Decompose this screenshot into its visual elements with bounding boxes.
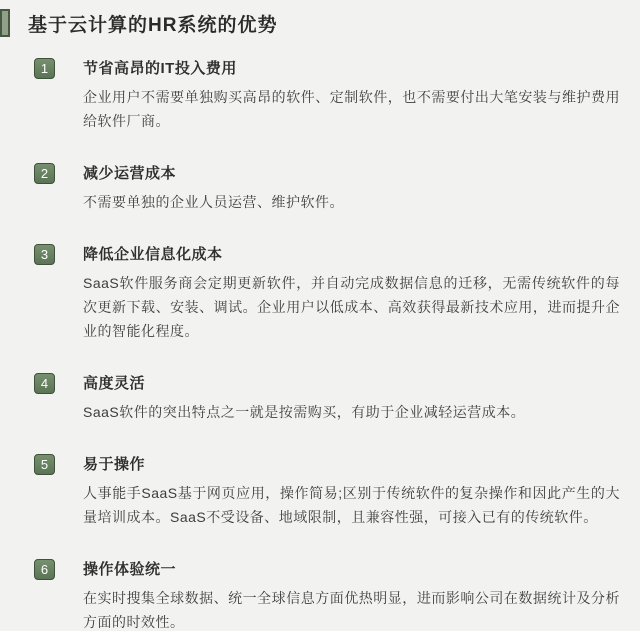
advantage-item-5: 5 易于操作 人事能手SaaS基于网页应用，操作简易;区别于传统软件的复杂操作和…: [0, 454, 640, 529]
item-number: 3: [41, 247, 48, 262]
advantage-item-6: 6 操作体验统一 在实时搜集全球数据、统一全球信息方面优热明显，进而影响公司在数…: [0, 559, 640, 631]
item-number-badge: 3: [34, 244, 55, 265]
item-content: 操作体验统一 在实时搜集全球数据、统一全球信息方面优热明显，进而影响公司在数据统…: [83, 559, 620, 631]
item-content: 易于操作 人事能手SaaS基于网页应用，操作简易;区别于传统软件的复杂操作和因此…: [83, 454, 620, 529]
item-content: 高度灵活 SaaS软件的突出特点之一就是按需购买，有助于企业减轻运营成本。: [83, 373, 620, 424]
title-row: 基于云计算的HR系统的优势: [0, 0, 640, 37]
item-heading: 节省高昂的IT投入费用: [83, 58, 620, 79]
item-number-badge: 1: [34, 58, 55, 79]
item-body: 在实时搜集全球数据、统一全球信息方面优热明显，进而影响公司在数据统计及分析方面的…: [83, 586, 620, 631]
item-number-badge: 6: [34, 559, 55, 580]
item-heading: 易于操作: [83, 454, 620, 475]
item-number: 4: [41, 376, 48, 391]
item-body: 不需要单独的企业人员运营、维护软件。: [83, 190, 620, 214]
item-number-badge: 5: [34, 454, 55, 475]
advantage-item-2: 2 减少运营成本 不需要单独的企业人员运营、维护软件。: [0, 163, 640, 214]
item-number: 5: [41, 457, 48, 472]
advantage-item-3: 3 降低企业信息化成本 SaaS软件服务商会定期更新软件，并自动完成数据信息的迁…: [0, 244, 640, 343]
document-page: 基于云计算的HR系统的优势 1 节省高昂的IT投入费用 企业用户不需要单独购买高…: [0, 0, 640, 631]
item-heading: 操作体验统一: [83, 559, 620, 580]
advantage-item-1: 1 节省高昂的IT投入费用 企业用户不需要单独购买高昂的软件、定制软件，也不需要…: [0, 58, 640, 133]
item-heading: 减少运营成本: [83, 163, 620, 184]
item-content: 节省高昂的IT投入费用 企业用户不需要单独购买高昂的软件、定制软件，也不需要付出…: [83, 58, 620, 133]
item-body: 企业用户不需要单独购买高昂的软件、定制软件，也不需要付出大笔安装与维护费用给软件…: [83, 85, 620, 133]
item-body: SaaS软件的突出特点之一就是按需购买，有助于企业减轻运营成本。: [83, 400, 620, 424]
item-content: 降低企业信息化成本 SaaS软件服务商会定期更新软件，并自动完成数据信息的迁移，…: [83, 244, 620, 343]
item-number: 1: [41, 61, 48, 76]
item-number: 6: [41, 562, 48, 577]
advantage-list: 1 节省高昂的IT投入费用 企业用户不需要单独购买高昂的软件、定制软件，也不需要…: [0, 58, 640, 631]
page-title: 基于云计算的HR系统的优势: [28, 10, 277, 37]
item-body: SaaS软件服务商会定期更新软件，并自动完成数据信息的迁移，无需传统软件的每次更…: [83, 271, 620, 343]
item-heading: 降低企业信息化成本: [83, 244, 620, 265]
item-heading: 高度灵活: [83, 373, 620, 394]
item-body: 人事能手SaaS基于网页应用，操作简易;区别于传统软件的复杂操作和因此产生的大量…: [83, 481, 620, 529]
title-accent-bar: [0, 9, 10, 37]
item-content: 减少运营成本 不需要单独的企业人员运营、维护软件。: [83, 163, 620, 214]
item-number-badge: 2: [34, 163, 55, 184]
advantage-item-4: 4 高度灵活 SaaS软件的突出特点之一就是按需购买，有助于企业减轻运营成本。: [0, 373, 640, 424]
item-number: 2: [41, 166, 48, 181]
item-number-badge: 4: [34, 373, 55, 394]
